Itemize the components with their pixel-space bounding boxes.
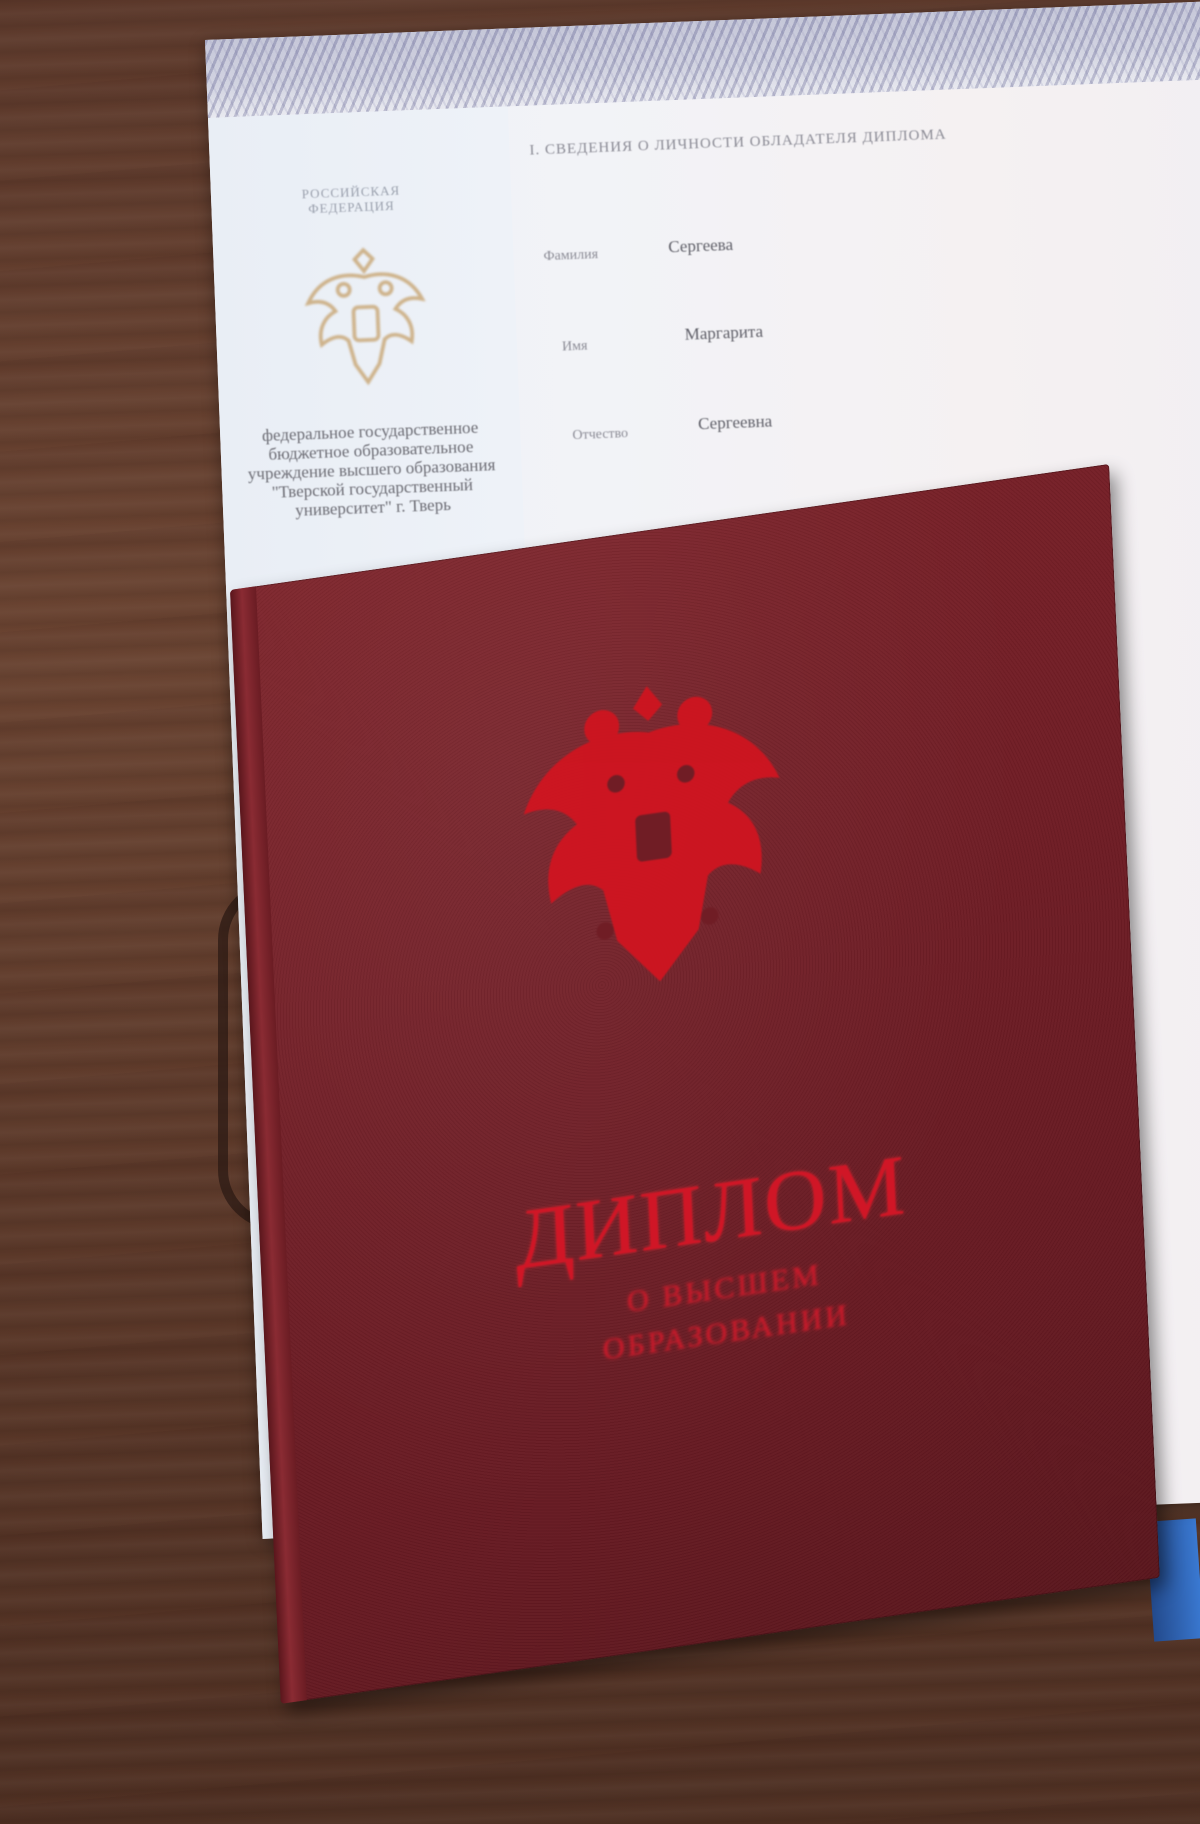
photo-scene: I. Сведения о личности обладателя диплом… xyxy=(0,0,1200,1824)
coat-of-arms-icon xyxy=(497,659,811,1020)
patronymic-label: Отчество xyxy=(572,426,628,444)
surname-label: Фамилия xyxy=(543,247,598,265)
section-title: I. Сведения о личности обладателя диплом… xyxy=(529,127,947,160)
country-name: Российская Федерация xyxy=(271,181,432,217)
surname-value: Сергеева xyxy=(668,235,734,257)
security-pattern-band xyxy=(205,0,1200,118)
diploma-cover: ДИПЛОМ о высшем образовании xyxy=(230,464,1160,1704)
coat-of-arms-icon xyxy=(288,241,444,397)
name-label: Имя xyxy=(562,339,588,356)
name-value: Маргарита xyxy=(684,322,763,345)
patronymic-value: Сергеевна xyxy=(698,412,773,435)
institution-name: федеральное государственное бюджетное об… xyxy=(240,417,503,522)
